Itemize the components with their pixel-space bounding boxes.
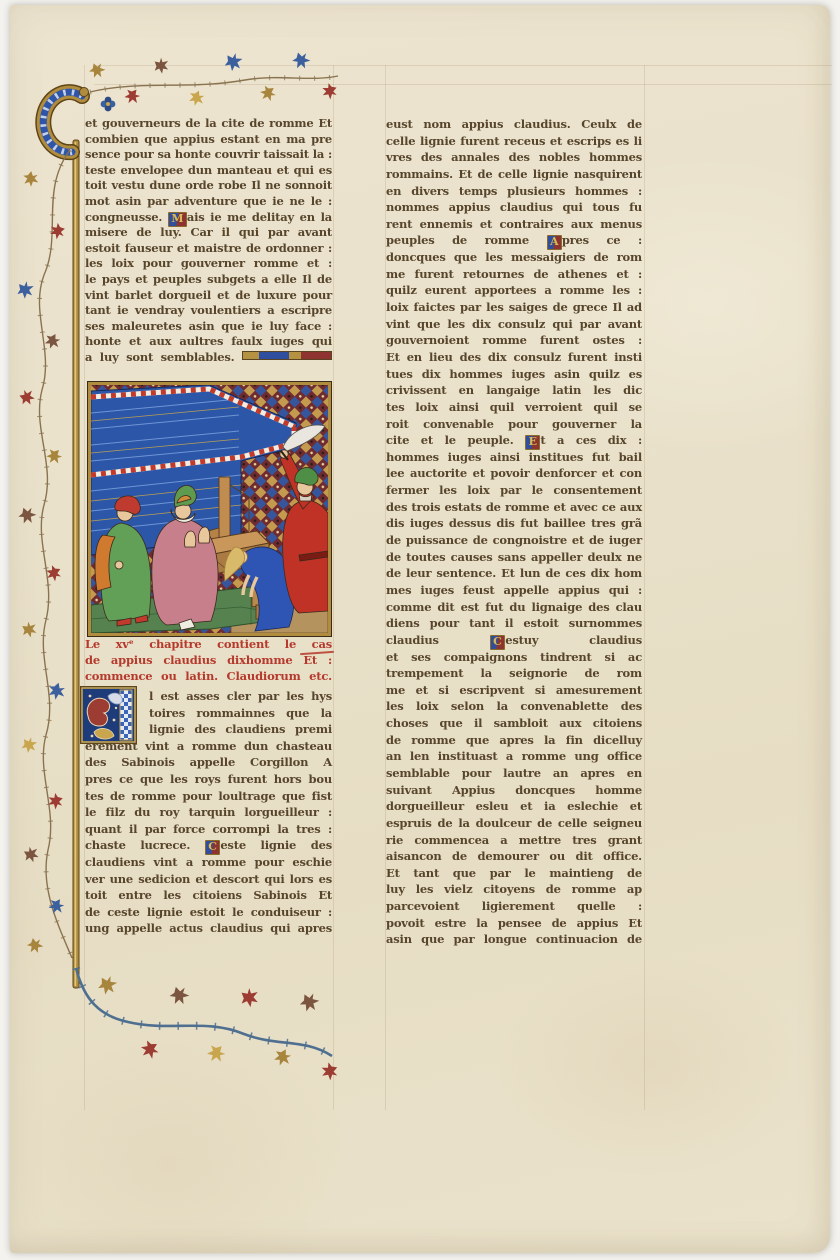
- text-line: des trois estats de romme et avec ce aux: [386, 499, 642, 516]
- text-line: teste envelopee dun manteau et qui es: [85, 163, 332, 179]
- text-line: chaste lucrece. Ceste lignie des: [85, 837, 332, 854]
- text-line: combien que appius estant en ma pre: [85, 132, 332, 148]
- text-line: claudius Cestuy claudius: [386, 632, 642, 649]
- text-line: aisancon de demourer ou dit office.: [386, 848, 642, 865]
- text-line: hommes iuges ainsi institues fut bail: [386, 449, 642, 466]
- text-line: eust nom appius claudius. Ceulx de: [386, 116, 642, 133]
- text-line: me et si escripvent si amesurement: [386, 682, 642, 699]
- ruling-line: [94, 84, 832, 85]
- text-line: commence ou latin. Claudiorum etc.: [85, 668, 332, 684]
- text-line: ver une sedicion et descort qui lors es: [85, 871, 332, 888]
- text-line: de leur sentence. Et lun de ces dix hom: [386, 565, 642, 582]
- text-line: diens pour tant il estoit surnommes: [386, 615, 642, 632]
- text-line: vint barlet dorgueil et de luxure pour: [85, 288, 332, 304]
- text-line: tues dix hommes iuges asin quilz es: [386, 366, 642, 383]
- text-line: Et en lieu des dix consulz furent insti: [386, 349, 642, 366]
- champ-initial: C: [490, 635, 506, 650]
- text-line: celle lignie furent receus et escrips es…: [386, 133, 642, 150]
- text-line: quilz eurent apportees a romme les :: [386, 282, 642, 299]
- text-line: mot asin par adventure que ie ne le :: [85, 194, 332, 210]
- text-line: rent ennemis et contraires aux menus: [386, 216, 642, 233]
- text-line: vres des annales des nobles hommes: [386, 149, 642, 166]
- text-line: et gouverneurs de la cite de romme Et: [85, 116, 332, 132]
- text-line: me furent retournes de athenes et :: [386, 266, 642, 283]
- text-line: de romme que apres la fin dicelluy: [386, 732, 642, 749]
- text-line: choses que il sambloit aux citoiens: [386, 715, 642, 732]
- line-filler-ornament: [242, 351, 332, 360]
- text-line: honte et aux aultres faulx iuges qui: [85, 334, 332, 350]
- text-line: a luy sont semblables.: [85, 350, 332, 366]
- text-line: cite et le peuple. Et a ces dix :: [386, 432, 642, 449]
- text-line: pres ce que les roys furent hors bou: [85, 771, 332, 788]
- text-line: congneusse. Mais ie me delitay en la: [85, 210, 332, 226]
- text-line: Et tant que par le maintieng de: [386, 865, 642, 882]
- miniature-painting: [88, 382, 331, 636]
- text-line: parcevoient ligierement quelle :: [386, 898, 642, 915]
- text-line: misere de luy. Car il qui par avant: [85, 225, 332, 241]
- text-line: loix faictes par les saiges de grece Il …: [386, 299, 642, 316]
- text-line: en divers temps plusieurs hommes :: [386, 183, 642, 200]
- text-line: an len instituast a romme ung office: [386, 748, 642, 765]
- text-line: povoit estre la pensee de appius Et: [386, 915, 642, 932]
- text-line: quant il par force corrompi la tres :: [85, 821, 332, 838]
- text-line: de ceste lignie estoit le conduiseur :: [85, 904, 332, 921]
- text-line: rommains. Et de celle lignie nasquirent: [386, 166, 642, 183]
- text-line: sence pour sa honte couvrir taissait la …: [85, 147, 332, 163]
- text-line: les loix selon la convenablette des: [386, 698, 642, 715]
- text-line: l est asses cler par les hys: [149, 688, 332, 705]
- text-line: claudiens vint a romme pour eschie: [85, 854, 332, 871]
- text-line: trempement la seignorie de rom: [386, 665, 642, 682]
- text-line: roit convenable pour gouverner la: [386, 416, 642, 433]
- ruling-line: [94, 65, 832, 66]
- manuscript-photo: { "page": { "kind": "Illuminated manuscr…: [0, 0, 840, 1260]
- text-line: tes de romme pour loultrage que fist: [85, 788, 332, 805]
- text-line: mes iuges feust appelle appius qui :: [386, 582, 642, 599]
- text-line: de puissance de congnoistre et de iuger: [386, 532, 642, 549]
- text-line: crivissent en langaige latin les dic: [386, 382, 642, 399]
- text-line: espruis de la doulceur de celle seigneu: [386, 815, 642, 832]
- text-line: semblable pour lautre an apres en: [386, 765, 642, 782]
- text-line: Le xvᵉ chapitre contient le cas: [85, 636, 332, 652]
- text-line: de appius claudius dixhomme Et :: [85, 652, 332, 668]
- text-line: le filz du roy tarquin lorgueilleur :: [85, 804, 332, 821]
- text-line: dis iuges dessus dis fut baillee tres gr…: [386, 515, 642, 532]
- text-line: des Sabinois appelle Corgillon A: [85, 754, 332, 771]
- ruling-line: [644, 65, 645, 1110]
- text-line: toit vestu dune orde robe Il ne sonnoit: [85, 178, 332, 194]
- text-line: tant ie vendray voulentiers a escripre: [85, 303, 332, 319]
- text-line: gouvernoient romme furent ostes :: [386, 332, 642, 349]
- text-line: et ses compaignons tindrent si ac: [386, 649, 642, 666]
- text-line: luy les vielz citoyens de romme ap: [386, 881, 642, 898]
- text-line: toit entre les citoiens Sabinois Et: [85, 887, 332, 904]
- text-line: suivant Appius doncques homme: [386, 782, 642, 799]
- text-line: nommes appius claudius qui tous fu: [386, 199, 642, 216]
- illuminated-initial-I: [80, 686, 137, 744]
- chapter-rubric: Le xvᵉ chapitre contient le casde appius…: [85, 636, 332, 684]
- text-line: doncques que les messaigiers de rom: [386, 249, 642, 266]
- ruling-line: [333, 65, 334, 1110]
- text-line: toires rommainnes que la: [149, 705, 332, 722]
- text-line: lignie des claudiens premi: [149, 721, 332, 738]
- text-line: fermer les loix par le consentement: [386, 482, 642, 499]
- right-column-text: eust nom appius claudius. Ceulx decelle …: [386, 116, 642, 948]
- text-line: tes loix ainsi quil verroient quil se: [386, 399, 642, 416]
- text-line: ses maleuretes asin que ie luy face :: [85, 319, 332, 335]
- text-line: les loix pour gouverner romme et :: [85, 256, 332, 272]
- text-line: estoit fauseur et maistre de ordonner :: [85, 241, 332, 257]
- text-line: asin que par longue continuacion de: [386, 931, 642, 948]
- text-line: de toutes causes sans appeller deulx ne: [386, 549, 642, 566]
- text-line: vint que les dix consulz qui par avant: [386, 316, 642, 333]
- text-line: dorgueilleur esleu et ia eslechie et: [386, 798, 642, 815]
- text-line: peuples de romme Apres ce :: [386, 232, 642, 249]
- text-line: ung appelle actus claudius qui apres: [85, 920, 332, 937]
- text-line: comme dit est fut du lignaige des clau: [386, 599, 642, 616]
- text-line: rie commencea a mettre tres grant: [386, 832, 642, 849]
- text-line: le pays et peuples subgets a elle Il de: [85, 272, 332, 288]
- text-line: lee auctorite et povoir denforcer et con: [386, 465, 642, 482]
- champ-initial: E: [525, 435, 540, 450]
- left-column-upper-text: et gouverneurs de la cite de romme Etcom…: [85, 116, 332, 366]
